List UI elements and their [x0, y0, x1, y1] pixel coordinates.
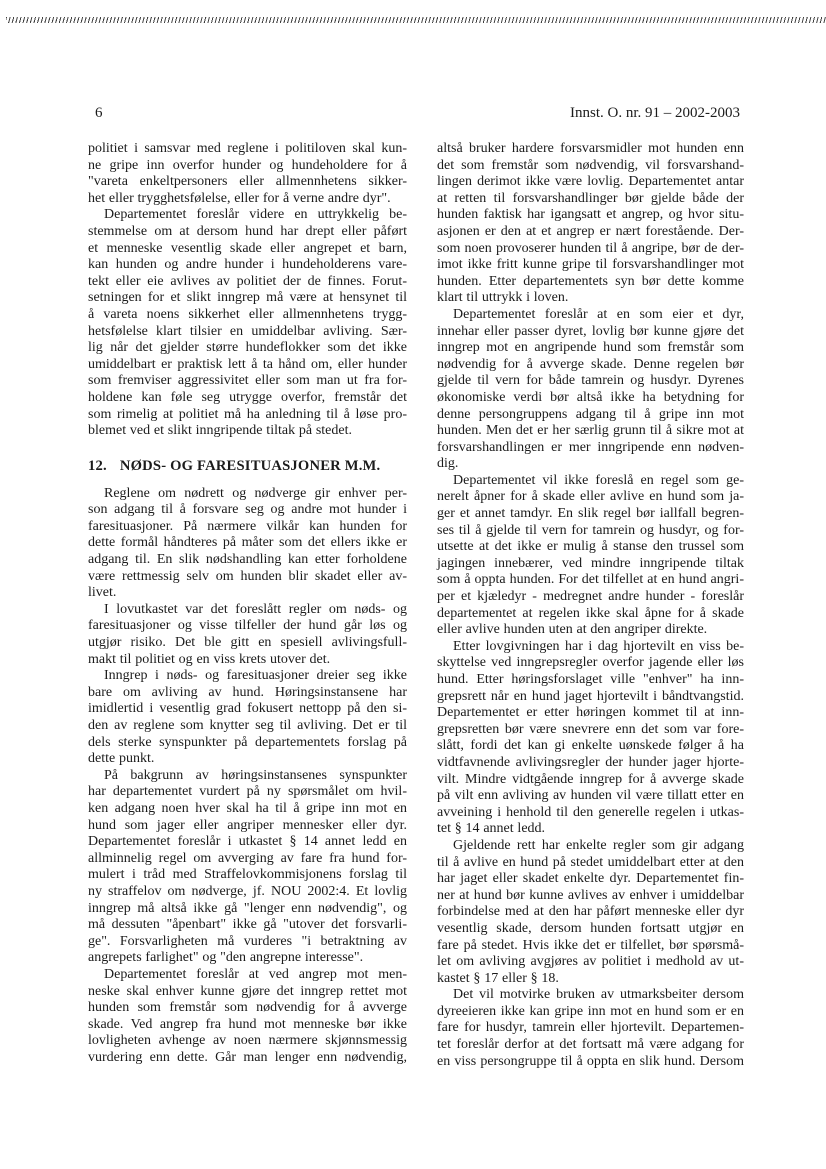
paragraph: altså bruker hardere forsvarsmidler mot … [437, 141, 744, 307]
section-number: 12. [88, 458, 107, 474]
text-line: lig når det gjelder større hundeflokker … [88, 340, 407, 357]
document-page: 6 Innst. O. nr. 91 – 2002-2003 politiet … [0, 0, 826, 1169]
text-line: umiddelbart er praktisk lett å ta hånd o… [88, 357, 407, 374]
text-line: slått, fordi det kan gi enkelte uønskede… [437, 738, 744, 755]
text-line: neske skal enhver kunne gjøre det inngre… [88, 984, 407, 1001]
text-line: hunden. Etter departementets syn bør det… [437, 274, 744, 291]
text-line: ne gripe inn overfor hunder og hundehold… [88, 158, 407, 175]
text-line: tet foreslår derfor at det fortsatt må v… [437, 1037, 744, 1054]
paragraph: Det vil motvirke bruken av utmarksbeiter… [437, 987, 744, 1070]
paragraph: På bakgrunn av høringsinstansenes synspu… [88, 768, 407, 967]
text-line: dyreeieren ikke kan gripe inn mot en hun… [437, 1004, 744, 1021]
paragraph: Departementet foreslår at en som eier et… [437, 307, 744, 473]
text-line: gjelde til vern for både tamrein og husd… [437, 373, 744, 390]
text-line: departementet at regelen ikke skal åpne … [437, 606, 744, 623]
running-header: 6 Innst. O. nr. 91 – 2002-2003 [95, 104, 740, 123]
text-line: ses til å gjelde til vern for tamrein og… [437, 523, 744, 540]
text-line: Reglene om nødrett og nødverge gir enhve… [88, 486, 407, 503]
text-line: nødvendig for å avverge skade. Denne reg… [437, 357, 744, 374]
text-line: hund. Etter høringsforslaget ville "enhv… [437, 672, 744, 689]
text-line: økonomiske verdi bør altså ikke ha betyd… [437, 390, 744, 407]
text-line: en viss persongruppe til å oppta en slik… [437, 1054, 744, 1071]
text-line: Det vil motvirke bruken av utmarksbeiter… [437, 987, 744, 1004]
text-line: ny straffelov om nødverge, jf. NOU 2002:… [88, 884, 407, 901]
running-title: Innst. O. nr. 91 – 2002-2003 [570, 104, 740, 123]
text-line: het eller trygghetsfølelse, eller for å … [88, 191, 407, 208]
text-line: den av reglene som knytter seg til avliv… [88, 718, 407, 735]
page-number: 6 [95, 104, 103, 123]
paragraph: Etter lovgivningen har i dag hjortevilt … [437, 639, 744, 838]
text-line: hetsfølelse klart tilsier en umiddelbar … [88, 324, 407, 341]
text-line: allminnelig regel om avverging av fare f… [88, 851, 407, 868]
text-line: blemet ved et slikt inngripende tiltak p… [88, 423, 407, 440]
text-line: hunden som fremstår som nødvendig for å … [88, 1000, 407, 1017]
text-line: vesentlig skade, dersom hunden fortsatt … [437, 921, 744, 938]
paragraph: Departementet foreslår videre en uttrykk… [88, 207, 407, 439]
text-line: forbindelse med at den har påført mennes… [437, 904, 744, 921]
text-line: altså bruker hardere forsvarsmidler mot … [437, 141, 744, 158]
text-line: klart til uttrykk i loven. [437, 290, 744, 307]
paragraph: Departementet foreslår at ved angrep mot… [88, 967, 407, 1067]
text-line: inngrep må altså ikke gå "lenger enn nød… [88, 901, 407, 918]
text-line: kastet § 17 eller § 18. [437, 971, 744, 988]
text-line: dig. [437, 456, 744, 473]
text-line: ken adgang noen hver skal ha til å gripe… [88, 801, 407, 818]
text-line: livet. [88, 585, 407, 602]
text-line: per et kjæledyr - medregnet andre hunder… [437, 589, 744, 606]
text-line: Departementet er etter høringen kommet t… [437, 705, 744, 722]
text-line: som å oppta hunden. For det tilfellet at… [437, 572, 744, 589]
text-line: stemmelse om at dersom hund har drept el… [88, 224, 407, 241]
text-line: setningen for et slikt inngrep må være a… [88, 290, 407, 307]
text-line: politiet i samsvar med reglene i politil… [88, 141, 407, 158]
text-line: være rettmessig selv om hunden blir skad… [88, 569, 407, 586]
text-line: faresituasjoner og visse tilfeller der h… [88, 618, 407, 635]
text-line: Inngrep i nøds- og faresituasjoner dreie… [88, 668, 407, 685]
text-line: makt til politiet og en viss krets utove… [88, 652, 407, 669]
text-line: tekt eller eie avlives av politiet der d… [88, 274, 407, 291]
text-line: imot ikke fritt kunne gripe til forsvars… [437, 257, 744, 274]
section-heading: 12.NØDS- OG FARESITUASJONER M.M. [88, 456, 407, 476]
text-line: asjonen er den at et angrep er nært fore… [437, 224, 744, 241]
text-line: dette punkt. [88, 751, 407, 768]
text-line: det som fremstår som nødvendig, vil fors… [437, 158, 744, 175]
scan-edge-artifact [6, 17, 826, 23]
text-line: nerelt åpner for å skade eller avlive en… [437, 489, 744, 506]
column-left: politiet i samsvar med reglene i politil… [88, 141, 407, 1070]
text-line: forsvarshandlingen er mer inngripende en… [437, 440, 744, 457]
text-line: fare for husdyr, tamrein eller hjortevil… [437, 1020, 744, 1037]
text-line: angrepets farlighet" og "den angrepne in… [88, 950, 407, 967]
text-line: skade. Ved angrep fra hund mot menneske … [88, 1017, 407, 1034]
text-line: har jaget eller skadet enkelte dyr. Depa… [437, 871, 744, 888]
text-line: Gjeldende rett har enkelte regler som gi… [437, 838, 744, 855]
text-line: mulert i tråd med Straffelovkommisjonens… [88, 867, 407, 884]
text-line: som noen provoserer hunden til å angripe… [437, 241, 744, 258]
text-line: avveining i henhold til den generelle re… [437, 805, 744, 822]
text-line: utgjør risiko. Det ble gitt en spesiell … [88, 635, 407, 652]
text-line: dels sterke synspunkter på departementet… [88, 735, 407, 752]
text-line: kan hunden og andre hunder i hundeholder… [88, 257, 407, 274]
paragraph: Inngrep i nøds- og faresituasjoner dreie… [88, 668, 407, 768]
text-line: som fremviser aggressivitet eller som ma… [88, 373, 407, 390]
text-line: skyttelse ved inngrepsregler overfor jag… [437, 655, 744, 672]
text-line: hunden. Men det er her særlig grunn til … [437, 423, 744, 440]
text-line: Departementet foreslår videre en uttrykk… [88, 207, 407, 224]
section-title: NØDS- OG FARESITUASJONER M.M. [120, 458, 381, 474]
column-right: altså bruker hardere forsvarsmidler mot … [437, 141, 744, 1070]
text-line: fare på stedet. Hvis ikke det er tilfell… [437, 938, 744, 955]
text-line: holdene kan føle seg utrygge overfor, fr… [88, 390, 407, 407]
text-line: faresituasjoner. På nærmere vilkår kan h… [88, 519, 407, 536]
text-line: Etter lovgivningen har i dag hjortevilt … [437, 639, 744, 656]
text-line: utsette at det ikke er mulig å stanse de… [437, 539, 744, 556]
text-line: vurdering enn dette. Går man lenger enn … [88, 1050, 407, 1067]
paragraph: I lovutkastet var det foreslått regler o… [88, 602, 407, 668]
text-line: på vilt enn avliving av hunden vil være … [437, 788, 744, 805]
text-line: eller avlive hunden uten at den angriper… [437, 622, 744, 639]
text-line: "vareta enkeltpersoners eller allmennhet… [88, 174, 407, 191]
text-line: dette formål håndteres på måter som det … [88, 535, 407, 552]
text-line: inngrep mot en angripende hund som frems… [437, 340, 744, 357]
text-line: son adgang til å forsvare seg og andre m… [88, 502, 407, 519]
paragraph: Reglene om nødrett og nødverge gir enhve… [88, 486, 407, 602]
paragraph: politiet i samsvar med reglene i politil… [88, 141, 407, 207]
text-line: vilt. Mindre vidtgående inngrep for å av… [437, 772, 744, 789]
text-line: denne persongruppens adgang til å gripe … [437, 407, 744, 424]
text-line: ge". Forsvarligheten må vurderes "i betr… [88, 934, 407, 951]
text-line: til å avlive en hund på stedet umiddelba… [437, 855, 744, 872]
text-line: Departementet foreslår at en som eier et… [437, 307, 744, 324]
text-line: Departementet foreslår i utkastet § 14 a… [88, 834, 407, 851]
text-line: bare om avliving av hund. Høringsinstans… [88, 685, 407, 702]
text-line: som rimelig at politiet må ha anledning … [88, 407, 407, 424]
text-line: innehar eller passer dyret, lovlig bør k… [437, 324, 744, 341]
text-line: grepsretten bør være snevrere enn det so… [437, 722, 744, 739]
text-line: adgang til. En slik nødshandling kan ett… [88, 552, 407, 569]
text-line: På bakgrunn av høringsinstansenes synspu… [88, 768, 407, 785]
paragraph: Departementet vil ikke foreslå en regel … [437, 473, 744, 639]
text-line: å vareta noens sikkerhet eller allmennhe… [88, 307, 407, 324]
text-line: lingen derimot ikke være lovlig. Departe… [437, 174, 744, 191]
text-line: vidtfavnende avlivingsregler der hunder … [437, 755, 744, 772]
text-line: I lovutkastet var det foreslått regler o… [88, 602, 407, 619]
text-line: ger et annet tamdyr. En slik regel bør i… [437, 506, 744, 523]
text-line: imidlertid i vesentlig grad fokusert net… [88, 701, 407, 718]
text-line: lovligheten avhenge av noen nærmere skjø… [88, 1033, 407, 1050]
text-line: har departementet vurdert på ny spørsmål… [88, 784, 407, 801]
text-line: hund som jager eller angriper mennesker … [88, 818, 407, 835]
text-line: et menneske vesentlig skade eller angrep… [88, 241, 407, 258]
text-line: jagingen innebærer, ved mindre inngripen… [437, 556, 744, 573]
text-line: let om avliving avgjøres av politiet i m… [437, 954, 744, 971]
text-line: at retten til forsvarshandlinger bør gje… [437, 191, 744, 208]
text-line: grepsrett når en hund jaget hjortevilt i… [437, 689, 744, 706]
text-line: må dessuten "åpenbart" ikke gå "utover d… [88, 917, 407, 934]
text-line: ner at hund bør kunne avlives av enhver … [437, 888, 744, 905]
text-line: hunden faktisk har igangsatt et angrep, … [437, 207, 744, 224]
text-line: tet § 14 annet ledd. [437, 821, 744, 838]
text-line: Departementet vil ikke foreslå en regel … [437, 473, 744, 490]
text-line: Departementet foreslår at ved angrep mot… [88, 967, 407, 984]
text-columns: politiet i samsvar med reglene i politil… [88, 141, 744, 1070]
paragraph: Gjeldende rett har enkelte regler som gi… [437, 838, 744, 987]
